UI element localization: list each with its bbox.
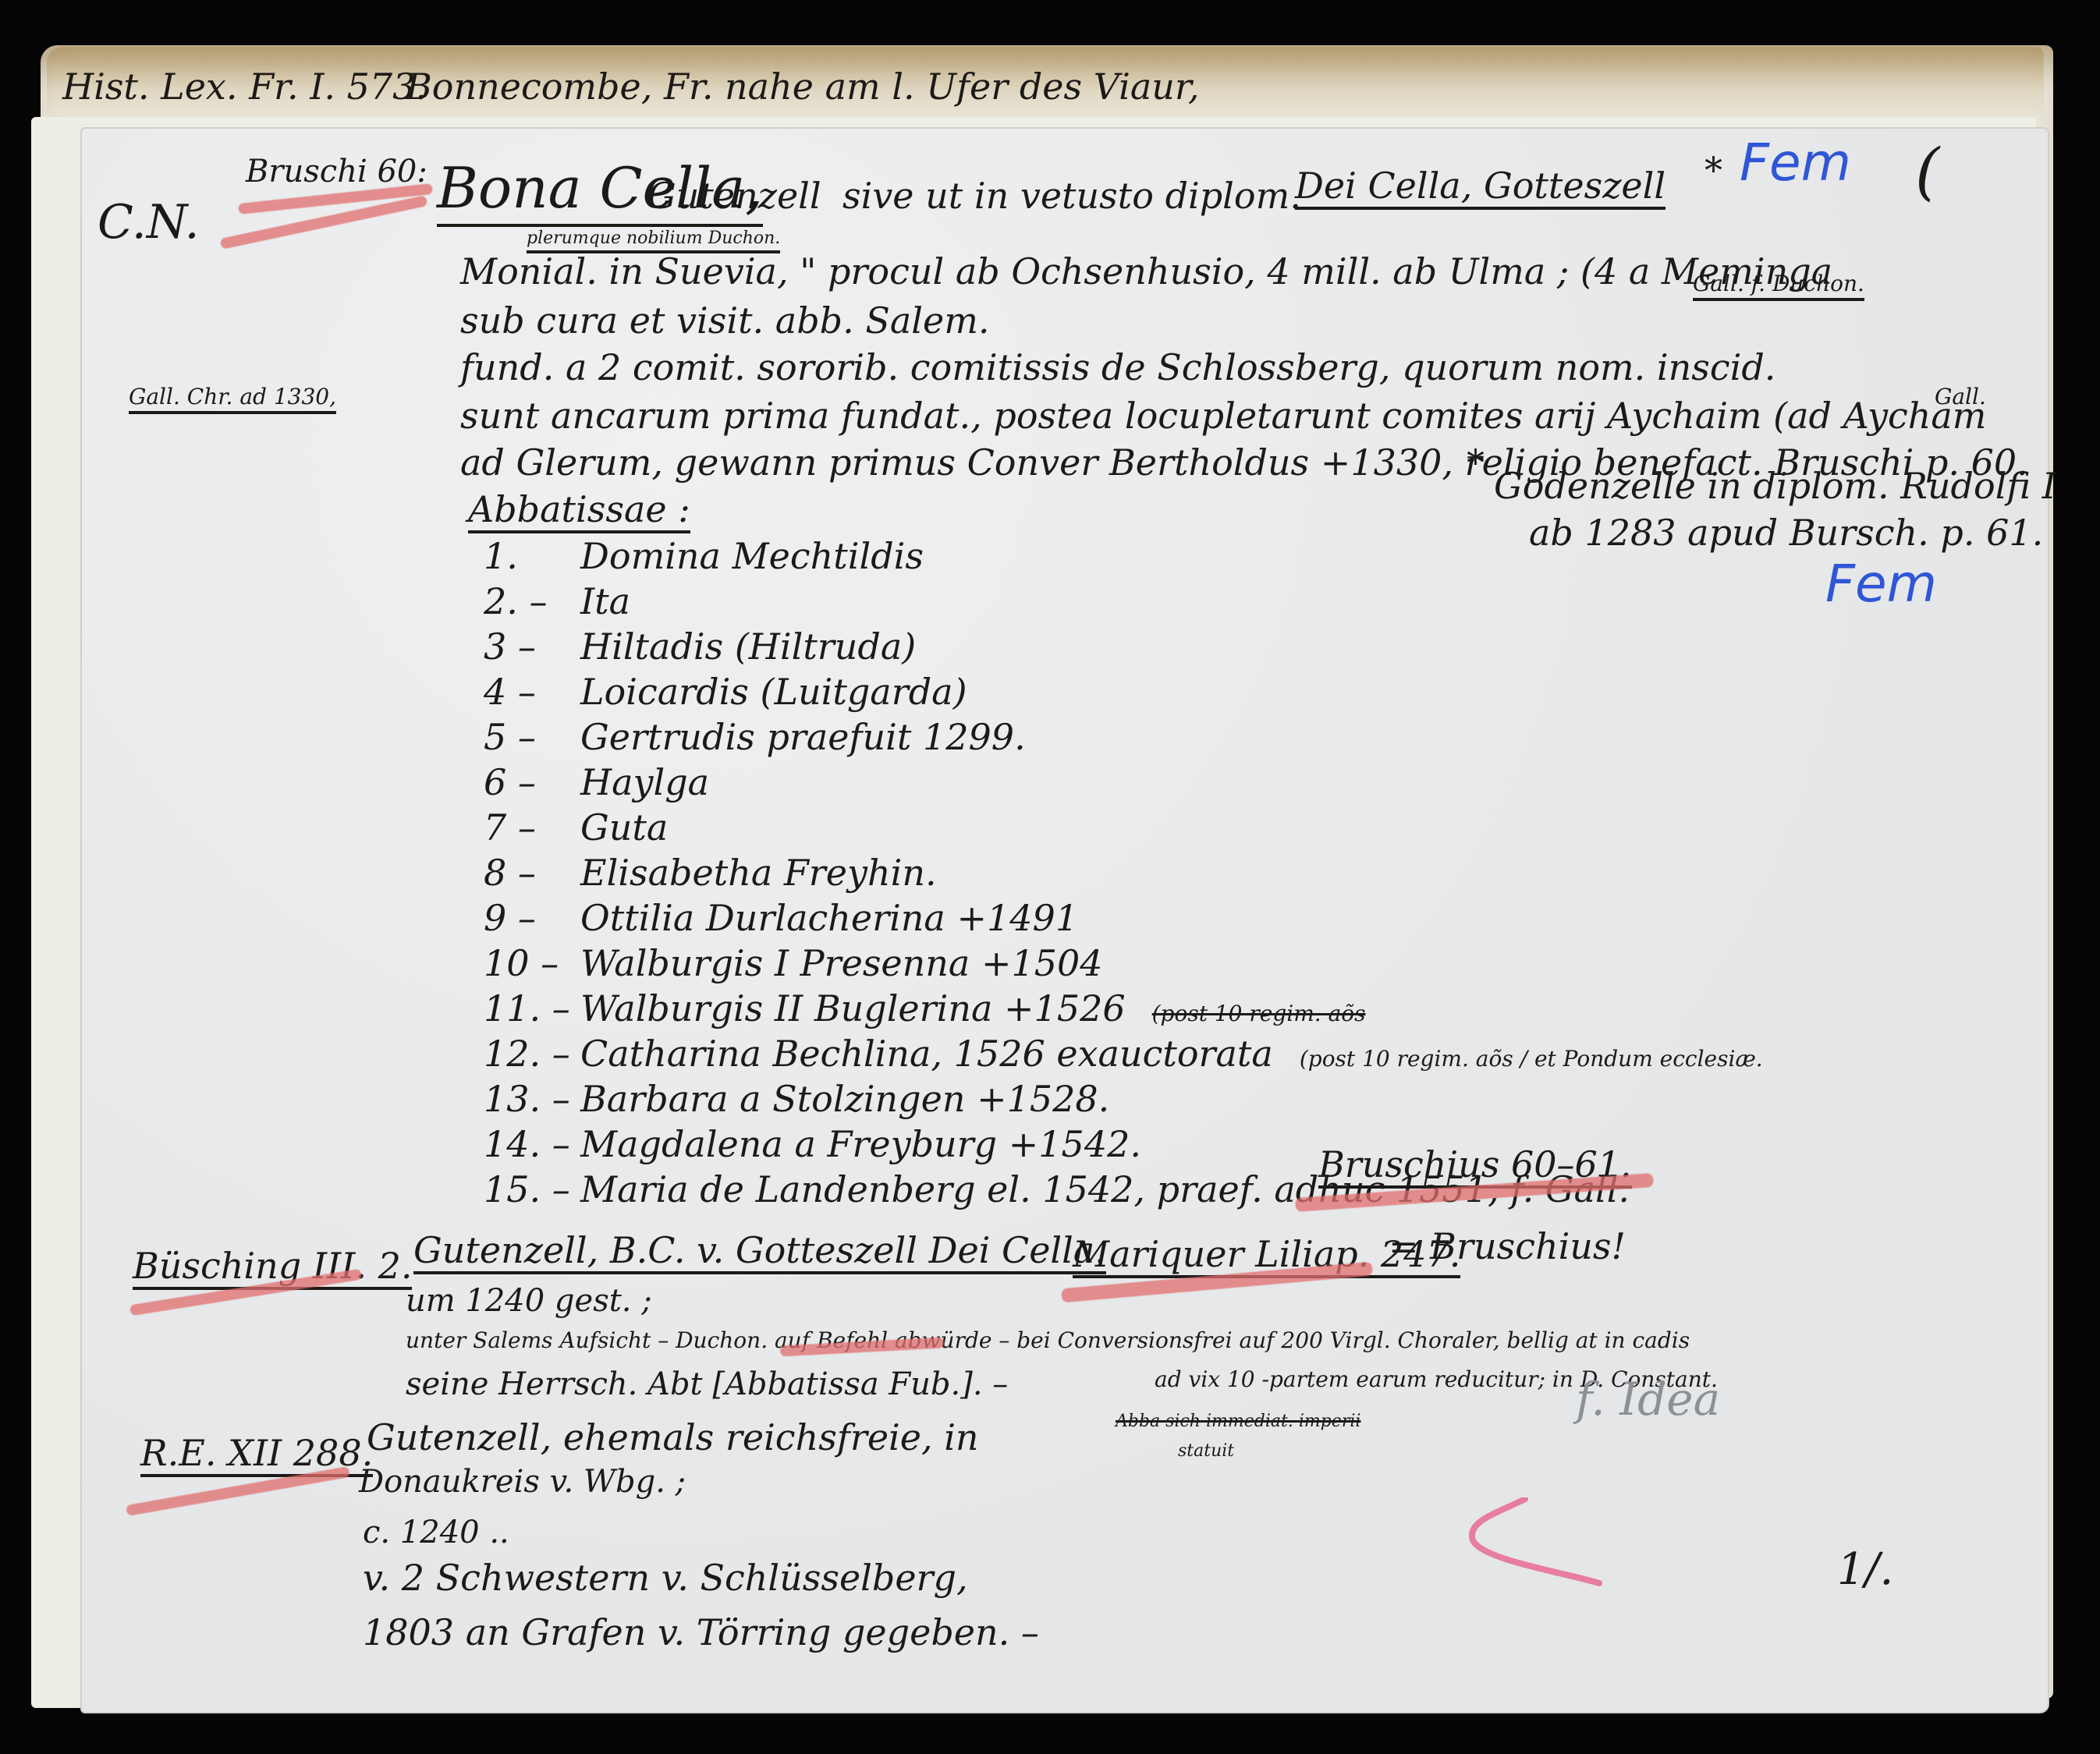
list-item: 1.Domina Mechtildis [484, 538, 1763, 583]
blue-pencil-fem-note: Fem [1740, 133, 1851, 193]
re-line-2: Donaukreis v. Wbg. ; [359, 1466, 686, 1497]
text-line-2: Monial. in Suevia, " procul ab Ochsenhus… [460, 253, 1832, 289]
asterisk-mark: * [1704, 152, 1722, 188]
side-note-asterisk: * [1467, 445, 1485, 480]
text-line-3: sub cura et visit. abb. Salem. [460, 303, 989, 338]
list-item: 7 –Guta [484, 810, 1763, 855]
busching-line-2: unter Salems Aufsicht – Duchon. auf Befe… [406, 1330, 1690, 1352]
list-item: 13. –Barbara a Stolzingen +1528. [484, 1081, 1763, 1126]
title-german: Gutenzell [647, 178, 821, 214]
re-line-5: 1803 an Grafen v. Törring gegeben. – [363, 1614, 1039, 1650]
list-item: 12. –Catharina Bechlina, 1526 exauctorat… [484, 1036, 1763, 1081]
back-sheet-reference: Hist. Lex. Fr. I. 573. [62, 69, 427, 105]
title-alt-name: Dei Cella, Gotteszell [1295, 168, 1665, 210]
list-item: 3 –Hiltadis (Hiltruda) [484, 629, 1763, 674]
mariquer-rest: = Bruschius! [1389, 1228, 1626, 1264]
source-ref-bruschi: Bruschi 60: [246, 156, 427, 187]
text-line-5: sunt ancarum prima fundat., postea locup… [460, 398, 1986, 434]
text-line-2-end: Gall. f. Duchon. [1693, 273, 1864, 301]
abbas-note: Abba sich immediat. imperii [1116, 1413, 1360, 1430]
list-item: 9 –Ottilia Durlacherina +1491 [484, 900, 1763, 945]
list-item: 8 –Elisabetha Freyhin. [484, 855, 1763, 900]
list-item: 2. –Ita [484, 583, 1763, 629]
page-mark: 1/. [1837, 1548, 1893, 1592]
abbatissae-heading: Abbatissae : [468, 491, 690, 533]
side-note-line-1: Godenzelle in diplom. Rudolfi I [1494, 468, 2056, 504]
back-sheet-text: Bonnecombe, Fr. nahe am l. Ufer des Viau… [406, 69, 1199, 105]
list-item: 11. –Walburgis II Buglerina +1526(post 1… [484, 990, 1763, 1036]
re-line-4: v. 2 Schwestern v. Schlüsselberg, [363, 1560, 968, 1596]
pencil-note-idea: f. Idea [1576, 1373, 1720, 1426]
blue-pencil-fem-note: Fem [1825, 554, 1937, 614]
abbas-note-2: statuit [1178, 1443, 1234, 1460]
abbess-list: 1.Domina Mechtildis 2. –Ita 3 –Hiltadis … [484, 538, 1763, 1217]
text-line-5-end: Gall. [1935, 386, 1986, 408]
margin-ref-cn: C.N. [98, 199, 200, 246]
struck-note: (post 10 regim. aõs [1152, 1003, 1366, 1025]
re-line-3: c. 1240 .. [363, 1517, 509, 1548]
list-item: 10 –Walburgis I Presenna +1504 [484, 945, 1763, 990]
text-line-4: fund. a 2 comit. sororib. comitissis de … [460, 349, 1775, 385]
list-item: 6 –Haylga [484, 764, 1763, 810]
title-rest: sive ut in vetusto diplom. [842, 178, 1301, 214]
re-line-1: Gutenzell, ehemals reichsfreie, in [367, 1419, 979, 1455]
list-item: 4 –Loicardis (Luitgarda) [484, 674, 1763, 719]
busching-heading: Gutenzell, B.C. v. Gotteszell Dei Cella. [413, 1232, 1106, 1274]
list-item: 5 –Gertrudis praefuit 1299. [484, 719, 1763, 764]
bracket-mark: ( [1915, 140, 1939, 203]
pink-crayon-mark [1467, 1497, 1623, 1591]
bracket-note: (post 10 regim. aõs / et Pondum ecclesiæ… [1300, 1048, 1763, 1070]
busching-line-1: um 1240 gest. ; [406, 1285, 652, 1316]
margin-gall-christ: Gall. Chr. ad 1330, [129, 386, 336, 414]
busching-line-3: seine Herrsch. Abt [Abbatissa Fub.]. – [406, 1369, 1008, 1400]
